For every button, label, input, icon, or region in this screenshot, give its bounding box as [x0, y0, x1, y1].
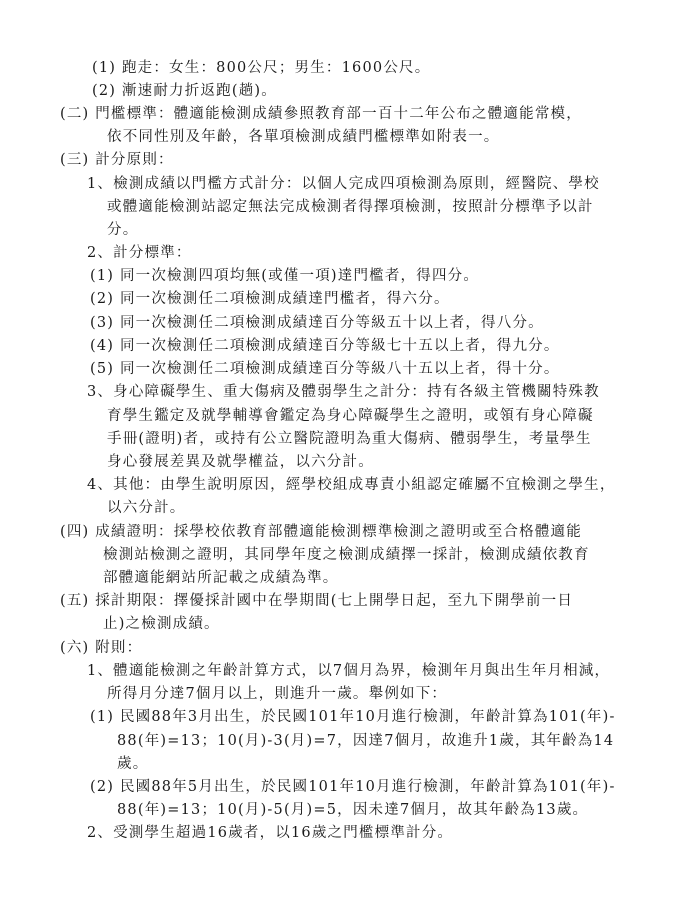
document-line: (1) 同一次檢測四項均無(或僅一項)達門檻者，得四分。	[90, 266, 479, 286]
document-line: (1) 跑走：女生：800公尺；男生：1600公尺。	[92, 58, 430, 78]
document-line: 2、計分標準：	[87, 243, 192, 263]
document-line: 歲。	[117, 754, 148, 774]
document-line: 育學生鑑定及就學輔導會鑑定為身心障礙學生之證明，或領有身心障礙	[107, 406, 594, 426]
document-line: 分。	[107, 220, 138, 240]
document-line: 1、體適能檢測之年齡計算方式，以7個月為界，檢測年月與出生年月相減，	[87, 661, 610, 681]
document-line: (3) 同一次檢測任二項檢測成績達百分等級五十以上者，得八分。	[90, 313, 544, 333]
document-line: 檢測站檢測之證明，其同學年度之檢測成績擇一採計，檢測成績依教育	[103, 545, 590, 565]
document-line: 4、其他：由學生說明原因，經學校組成專責小組認定確屬不宜檢測之學生，	[87, 475, 616, 495]
document-line: 身心發展差異及就學權益，以六分計。	[107, 452, 374, 472]
document-page: (1) 跑走：女生：800公尺；男生：1600公尺。(2) 漸速耐力折返跑(趟)…	[0, 0, 675, 900]
document-line: 3、身心障礙學生、重大傷病及體弱學生之計分：持有各級主管機關特殊教	[87, 382, 600, 402]
document-line: 1、檢測成績以門檻方式計分：以個人完成四項檢測為原則，經醫院、學校	[87, 174, 600, 194]
document-line: (六) 附則：	[60, 638, 142, 658]
document-line: (2) 民國88年5月出生，於民國101年10月進行檢測，年齡計算為101(年)…	[90, 777, 616, 797]
document-line: 所得月分達7個月以上，則進升一歲。舉例如下：	[107, 684, 447, 704]
document-line: 手冊(證明)者，或持有公立醫院證明為重大傷病、體弱學生，考量學生	[107, 429, 592, 449]
document-line: 部體適能網站所記載之成績為準。	[103, 568, 339, 588]
document-line: 止)之檢測成績。	[103, 614, 220, 634]
document-line: 依不同性別及年齡，各單項檢測成績門檻標準如附表一。	[107, 127, 500, 147]
document-line: (2) 同一次檢測任二項檢測成績達門檻者，得六分。	[90, 289, 450, 309]
document-line: 2、受測學生超過16歲者，以16歲之門檻標準計分。	[87, 823, 453, 843]
document-line: (五) 採計期限：擇優採計國中在學期間(七上開學日起，至九下開學前一日	[60, 591, 573, 611]
document-line: (1) 民國88年3月出生，於民國101年10月進行檢測，年齡計算為101(年)…	[90, 707, 616, 727]
document-line: 88(年)=13；10(月)-5(月)=5，因未達7個月，故其年齡為13歲。	[117, 800, 588, 820]
document-line: (三) 計分原則：	[60, 150, 174, 170]
document-line: 以六分計。	[107, 498, 186, 518]
document-line: 或體適能檢測站認定無法完成檢測者得擇項檢測，按照計分標準予以計	[107, 197, 594, 217]
document-line: (2) 漸速耐力折返跑(趟)。	[92, 81, 277, 101]
document-line: (二) 門檻標準：體適能檢測成績參照教育部一百十二年公布之體適能常模，	[60, 104, 582, 124]
document-line: (4) 同一次檢測任二項檢測成績達百分等級七十五以上者，得九分。	[90, 336, 560, 356]
document-line: (5) 同一次檢測任二項檢測成績達百分等級八十五以上者，得十分。	[90, 359, 560, 379]
document-line: (四) 成績證明：採學校依教育部體適能檢測標準檢測之證明或至合格體適能	[60, 522, 582, 542]
document-line: 88(年)=13；10(月)-3(月)=7，因達7個月，故進升1歲，其年齡為14	[117, 731, 614, 751]
